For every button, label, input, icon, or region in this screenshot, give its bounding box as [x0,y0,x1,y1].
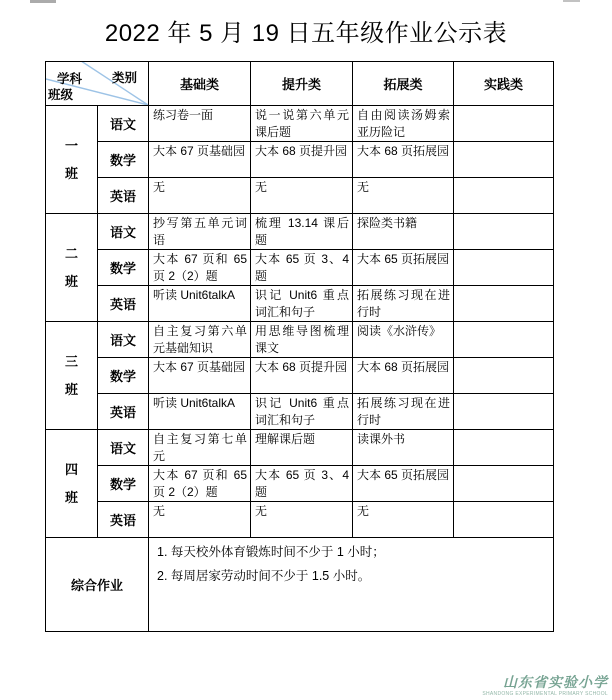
homework-cell: 无 [251,178,353,214]
table-row: 数学 大本 67 页基础园 大本 68 页提升园 大本 68 页拓展园 [46,358,554,394]
page-title: 2022 年 5 月 19 日五年级作业公示表 [0,13,612,48]
homework-cell: 无 [353,502,454,538]
homework-cell: 练习卷一面 [149,106,251,142]
homework-cell: 大本 65 页 3、4 题 [251,250,353,286]
diagonal-header-cell: 学科 类别 班级 [46,62,149,106]
homework-cell [454,322,554,358]
homework-cell: 自主复习第七单元 [149,430,251,466]
subject-label: 英语 [98,502,149,538]
table-header-row: 学科 类别 班级 基础类 提升类 拓展类 实践类 [46,62,554,106]
homework-cell: 拓展练习现在进行时 [353,286,454,322]
class-label: 三班 [65,348,79,404]
homework-cell [454,178,554,214]
class-label: 四班 [65,456,79,512]
homework-cell: 识记 Unit6 重点词汇和句子 [251,394,353,430]
composite-homework-line: 1. 每天校外体育锻炼时间不少于 1 小时； [157,544,545,560]
homework-cell: 大本 67 页基础园 [149,358,251,394]
homework-cell: 无 [149,178,251,214]
table-row: 英语 无 无 无 [46,502,554,538]
composite-homework-content: 1. 每天校外体育锻炼时间不少于 1 小时； 2. 每周居家劳动时间不少于 1.… [149,538,554,632]
class-label-cell: 一班 [46,106,98,214]
homework-cell: 无 [353,178,454,214]
homework-cell: 大本 68 页提升园 [251,358,353,394]
class-label-cell: 二班 [46,214,98,322]
school-watermark-cn: 山东省实验小学 [482,676,608,691]
homework-cell: 说一说第六单元课后题 [251,106,353,142]
table-row: 英语 听读 Unit6talkA 识记 Unit6 重点词汇和句子 拓展练习现在… [46,394,554,430]
subject-label: 语文 [98,322,149,358]
homework-cell: 自主复习第六单元基础知识 [149,322,251,358]
document-page: 2022 年 5 月 19 日五年级作业公示表 学科 类别 班级 基础类 提升类… [0,0,612,700]
table-row: 一班 语文 练习卷一面 说一说第六单元课后题 自由阅读汤姆索亚历险记 [46,106,554,142]
table-row: 三班 语文 自主复习第六单元基础知识 用思维导图梳理课文 阅读《水浒传》 [46,322,554,358]
homework-cell: 抄写第五单元词语 [149,214,251,250]
homework-cell [454,214,554,250]
subject-label: 数学 [98,358,149,394]
subject-label: 语文 [98,106,149,142]
homework-cell: 探险类书籍 [353,214,454,250]
homework-cell [454,466,554,502]
subject-label: 数学 [98,250,149,286]
homework-cell [454,286,554,322]
subject-label: 语文 [98,430,149,466]
homework-cell: 拓展练习现在进行时 [353,394,454,430]
homework-cell: 理解课后题 [251,430,353,466]
homework-cell: 大本 65 页拓展园 [353,466,454,502]
subject-label: 数学 [98,466,149,502]
homework-cell: 听读 Unit6talkA [149,286,251,322]
homework-cell: 大本 65 页 3、4 题 [251,466,353,502]
homework-cell: 阅读《水浒传》 [353,322,454,358]
homework-cell [454,106,554,142]
composite-homework-row: 综合作业 1. 每天校外体育锻炼时间不少于 1 小时； 2. 每周居家劳动时间不… [46,538,554,632]
homework-cell: 自由阅读汤姆索亚历险记 [353,106,454,142]
homework-cell [454,358,554,394]
top-right-crop-mark [563,0,580,2]
homework-cell: 用思维导图梳理课文 [251,322,353,358]
homework-cell: 无 [251,502,353,538]
homework-cell: 大本 68 页拓展园 [353,142,454,178]
homework-cell: 大本 67 页基础园 [149,142,251,178]
homework-table: 学科 类别 班级 基础类 提升类 拓展类 实践类 一班 语文 练习卷一面 说一说… [45,61,554,632]
homework-cell [454,142,554,178]
homework-cell [454,430,554,466]
school-watermark: 山东省实验小学 SHANDONG EXPERIMENTAL PRIMARY SC… [482,676,608,697]
column-header-improve: 提升类 [251,62,353,106]
homework-cell: 大本 67 页和 65 页 2（2）题 [149,250,251,286]
column-header-basic: 基础类 [149,62,251,106]
table-row: 数学 大本 67 页和 65 页 2（2）题 大本 65 页 3、4 题 大本 … [46,466,554,502]
table-row: 英语 无 无 无 [46,178,554,214]
subject-label: 英语 [98,394,149,430]
homework-cell: 无 [149,502,251,538]
homework-cell: 大本 68 页拓展园 [353,358,454,394]
homework-cell: 大本 65 页拓展园 [353,250,454,286]
column-header-expand: 拓展类 [353,62,454,106]
composite-homework-line: 2. 每周居家劳动时间不少于 1.5 小时。 [157,568,545,584]
column-header-practice: 实践类 [454,62,554,106]
homework-cell: 梳理 13.14 课后题 [251,214,353,250]
homework-cell: 听读 Unit6talkA [149,394,251,430]
subject-label: 数学 [98,142,149,178]
composite-homework-label: 综合作业 [46,538,149,632]
table-row: 四班 语文 自主复习第七单元 理解课后题 读课外书 [46,430,554,466]
school-watermark-en: SHANDONG EXPERIMENTAL PRIMARY SCHOOL [482,692,608,698]
homework-cell [454,394,554,430]
corner-label-category: 类别 [112,68,137,86]
subject-label: 英语 [98,178,149,214]
homework-cell: 大本 67 页和 65 页 2（2）题 [149,466,251,502]
homework-cell: 大本 68 页提升园 [251,142,353,178]
subject-label: 语文 [98,214,149,250]
class-label-cell: 三班 [46,322,98,430]
class-label: 一班 [65,132,79,188]
homework-cell: 读课外书 [353,430,454,466]
table-row: 数学 大本 67 页和 65 页 2（2）题 大本 65 页 3、4 题 大本 … [46,250,554,286]
table-row: 二班 语文 抄写第五单元词语 梳理 13.14 课后题 探险类书籍 [46,214,554,250]
top-left-crop-mark [30,0,56,3]
subject-label: 英语 [98,286,149,322]
table-row: 英语 听读 Unit6talkA 识记 Unit6 重点词汇和句子 拓展练习现在… [46,286,554,322]
homework-cell [454,250,554,286]
corner-label-class: 班级 [48,85,73,103]
homework-cell: 识记 Unit6 重点词汇和句子 [251,286,353,322]
table-row: 数学 大本 67 页基础园 大本 68 页提升园 大本 68 页拓展园 [46,142,554,178]
homework-cell [454,502,554,538]
class-label-cell: 四班 [46,430,98,538]
class-label: 二班 [65,240,79,296]
